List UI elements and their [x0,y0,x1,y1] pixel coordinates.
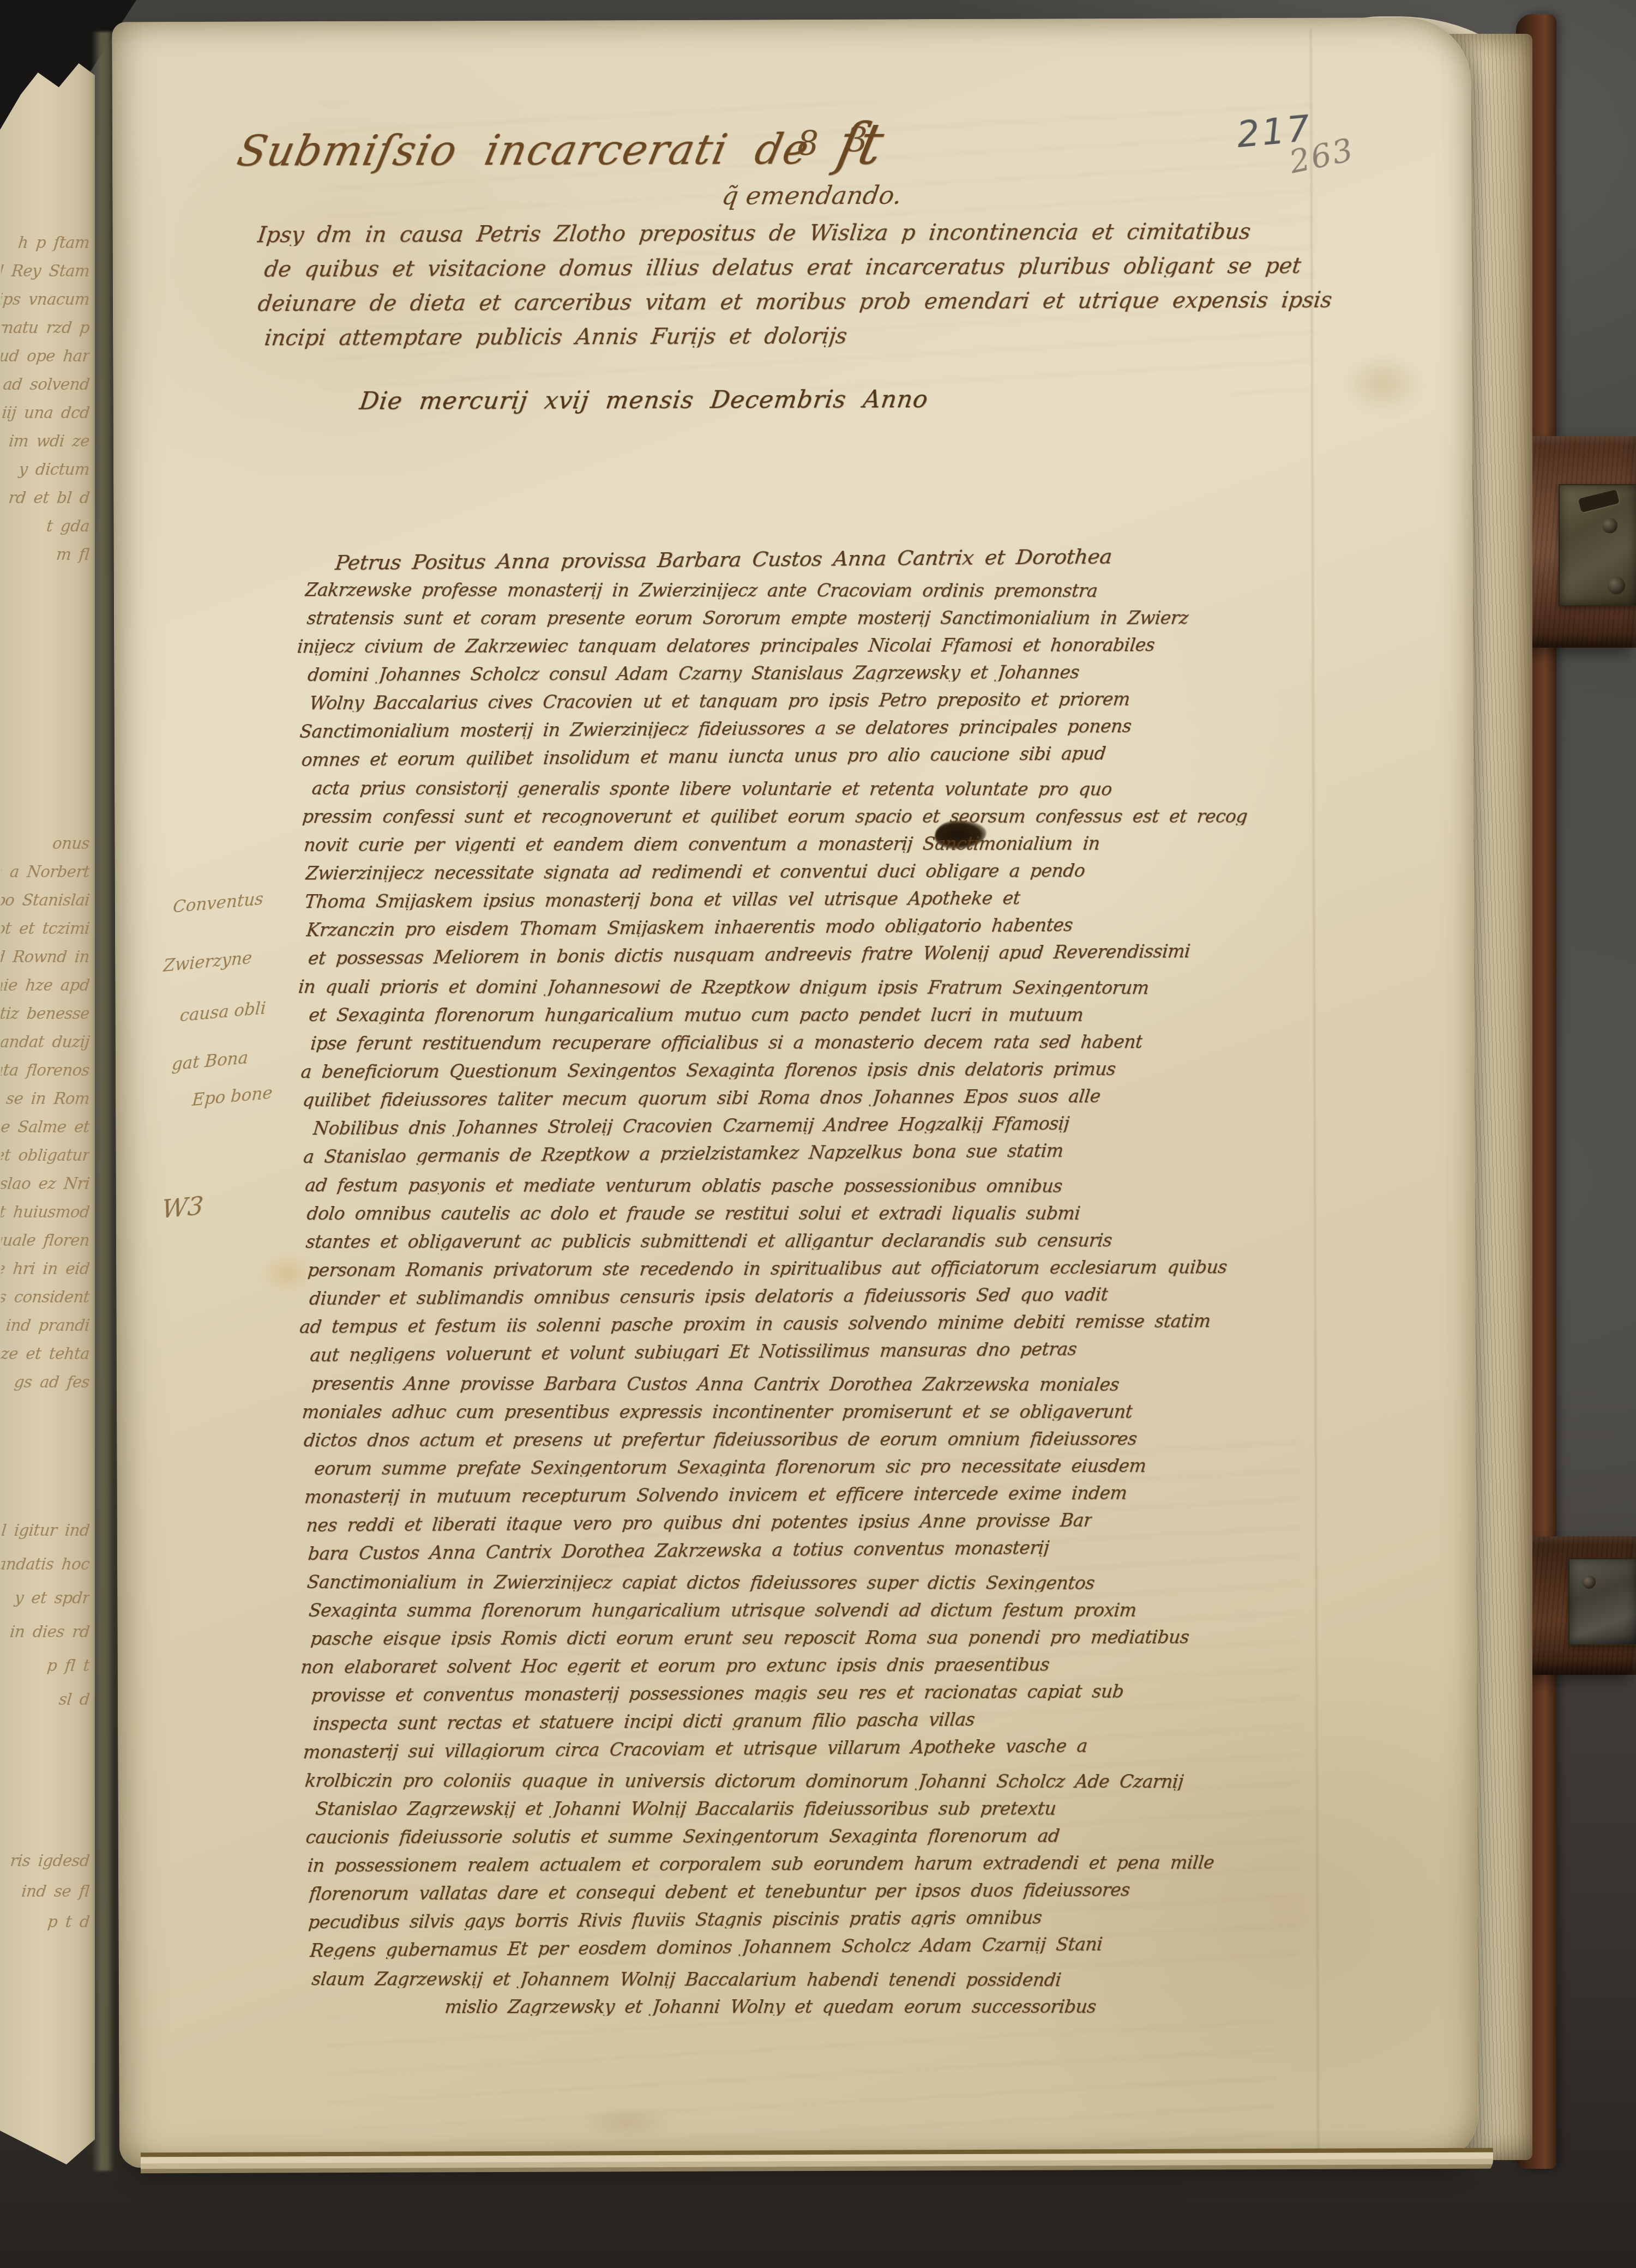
header-line: Ipsy dm in causa Petris Zlotho prepositu… [256,221,1252,246]
manuscript-text-line: caucionis fideiussorie solutis et summe … [305,1826,1060,1846]
manuscript-text-line: aut negligens voluerunt et volunt subiug… [309,1340,1078,1365]
manuscript-text-line: mislio Zagrzewsky et Johanni Wolny et qu… [444,1998,1097,2016]
manuscript-text-line: a beneficiorum Questionum Sexingentos Se… [300,1060,1116,1081]
manuscript-text-line: in quali prioris et domini Johannesowi d… [298,978,1150,997]
clasp-rivet [1602,518,1617,533]
marginal-symbol-8: 8 [797,126,819,160]
facing-page-line-fragment: h p ſtam [0,234,90,252]
facing-page-line-fragment: Stanislao ez Nri [0,1175,90,1193]
manuscript-text-line: pasche eisque ipsis Romis dicti eorum er… [310,1628,1190,1648]
manuscript-text-line: Thoma Smijaskem ipsius monasterij bona e… [304,889,1021,910]
title-text: Submiſsio incarcerati de [233,125,814,176]
margin-note: gat Bona [171,1049,249,1073]
facing-page-line-fragment: ze et tehta [0,1346,90,1363]
marginal-symbol-3: 3 [846,123,868,157]
margin-note: Conventus [172,891,264,916]
facing-page-line-fragment: ind se fl [0,1883,90,1901]
manuscript-text-line: non elaboraret solvent Hoc egerit et eor… [300,1655,1050,1676]
facing-page-line-fragment: ro ips vnacum [0,291,90,309]
manuscript-text-line: krolbiczin pro coloniis quaque in univer… [304,1771,1184,1790]
header-line: incipi attemptare publicis Annis Furijs … [263,325,849,349]
facing-page-line-fragment: dud Rey Stam [0,263,90,280]
facing-page-edge: h p ſtamdud Rey Stamro ips vnacumqua orn… [0,43,95,2185]
facing-page-line-fragment: qua ornatu rzd p [0,319,90,337]
manuscript-text-line: acta prius consistorij generalis sponte … [311,779,1112,798]
facing-page-line-fragment: mot et tczimi [0,920,90,938]
manuscript-page: Submiſsio incarcerati de ſt q̃ emendando… [112,17,1478,2168]
page-title-script: Submiſsio incarcerati de ſt [233,115,888,174]
metal-clasp-plate-bottom [1568,1558,1636,1645]
ink-bleedthrough [326,2013,1276,2158]
manuscript-text-line: eorum summe prefate Sexingentorum Sexagi… [314,1457,1147,1477]
facing-page-line-fragment: g im wdi ze [0,433,90,450]
facing-page-line-fragment: m fl [0,546,90,564]
facing-page-line-fragment: uta florenos [0,1062,90,1079]
manuscript-text-line: ad festum pasyonis et mediate venturum o… [304,1176,1063,1195]
manuscript-text-line: stratensis sunt et coram presente eorum … [306,609,1189,628]
facing-page-line-fragment: uius consident [0,1289,90,1306]
brass-clasp-plate-top [1559,484,1636,606]
manuscript-text-line: Nobilibus dnis Johannes Stroleij Cracovi… [312,1114,1070,1137]
facing-page-line-fragment: mandatis hoc [0,1556,90,1573]
manuscript-text-line: et Sexaginta florenorum hungaricalium mu… [308,1006,1084,1024]
manuscript-text-line: omnes et eorum quilibet insolidum et man… [300,744,1106,769]
margin-note: Zwierzyne [163,950,252,975]
facing-page-line-fragment: ipo Stanislai [0,892,90,909]
clasp-slot [1578,490,1620,513]
paper-stain [561,2101,691,2145]
manuscript-photo: { "document": { "kind": "Early-modern bo… [0,0,1636,2268]
facing-page-line-fragment: agrat huiusmod [0,1204,90,1221]
facing-page-line-fragment: rd et bl d [0,490,90,507]
facing-page-line-fragment: i mandat duzij [0,1034,90,1051]
facing-page-line-fragment: y dictum [0,461,90,479]
manuscript-text-line: Zwierzinijecz necessitate signata ad red… [305,861,1086,882]
manuscript-text-line: Zakrzewske professe monasterij in Zwierz… [304,581,1098,600]
manuscript-text-line: Krzanczin pro eisdem Thomam Smijaskem in… [305,916,1073,939]
manuscript-text-line: inijecz civium de Zakrzewiec tanquam del… [296,636,1156,655]
manuscript-text-line: slaum Zagrzewskij et Johannem Wolnij Bac… [311,1970,1062,1989]
facing-page-line-fragment: s et obligatur [0,1147,90,1165]
margin-note: Epo bone [191,1085,273,1109]
facing-page-line-fragment: onus [0,835,90,853]
manuscript-text-line: stantes et obligaverunt ac publicis subm… [305,1231,1112,1251]
manuscript-text-line: personam Romanis privatorum ste recedend… [306,1258,1228,1279]
manuscript-text-line: pressim confessi sunt et recognoverunt e… [301,807,1248,826]
clasp-rivet [1608,577,1625,594]
facing-page-line-fragment: sl d [0,1691,90,1709]
facing-page-line-fragment: gl igitur ind [0,1522,90,1540]
facing-page-line-fragment: y et spdr [0,1590,90,1607]
facing-page-line-fragment: ris igdesd [0,1853,90,1870]
header-line: de quibus et visitacione domus illius de… [263,255,1302,281]
facing-page-line-fragment: t iij una dcd [0,405,90,422]
facing-page-line-fragment: p fl t [0,1657,90,1675]
manuscript-text-line: Sanctimonialium in Zwierzinijecz capiat … [306,1573,1095,1592]
margin-note: causa obli [179,1000,267,1025]
manuscript-text-line: moniales adhuc cum presentibus expressis… [301,1403,1133,1421]
manuscript-text-line: domini Johannes Scholcz consul Adam Czar… [307,663,1080,684]
facing-page-line-fragment: p t d [0,1914,90,1931]
facing-page-line-fragment: ate a Norbert [0,864,90,881]
header-line: deiunare de dieta et carceribus vitam et… [257,289,1333,315]
margin-note: W3 [161,1193,204,1222]
clasp-rivet [1583,1576,1596,1589]
facing-page-line-fragment: este Salme et [0,1119,90,1136]
manuscript-text-line: Sanctimonialium mosterij in Zwierzinijec… [299,717,1132,740]
manuscript-text-line: dolo omnibus cautelis ac dolo et fraude … [306,1204,1081,1223]
manuscript-text-line: a Stanislao germanis de Rzeptkow a przie… [303,1142,1064,1166]
manuscript-text-line: et possessas Meliorem in bonis dictis nu… [308,942,1191,967]
facing-page-line-fragment: Rd ind prandi [0,1317,90,1335]
manuscript-text-line: ipse ferunt restituendum recuperare offi… [310,1033,1144,1052]
facing-page-line-fragment: ta ad solvend [0,376,90,394]
facing-page-line-fragment: dem se in Rom [0,1090,90,1108]
facing-page-line-fragment: er mie hze apd [0,977,90,994]
bottom-page-edges [141,2148,1493,2180]
manuscript-text-line: presentis Anne provisse Barbara Custos A… [311,1374,1120,1394]
facing-page-line-fragment: t gda [0,518,90,535]
manuscript-text-line: quilibet fideiussores taliter mecum quor… [302,1087,1101,1109]
date-heading: Die mercurij xvij mensis Decembris Anno [358,388,930,414]
facing-page-line-fragment: gs ad fes [0,1374,90,1391]
facing-page-line-fragment: s dud ope har [0,348,90,365]
facing-page-line-fragment: quale floren [0,1232,90,1250]
manuscript-text-line: dictos dnos actum et presens ut prefertu… [303,1429,1138,1449]
paper-stain [1328,342,1437,425]
facing-page-line-fragment: tee hri in eid [0,1260,90,1278]
manuscript-text-line: Stanislao Zagrzewskij et Johanni Wolnij … [315,1800,1057,1818]
manuscript-text-line: Petrus Positus Anna provissa Barbara Cus… [334,546,1113,573]
manuscript-text-line: Sexaginta summa florenorum hungaricalium… [308,1601,1138,1620]
title-continuation: q̃ emendando. [720,183,904,208]
facing-page-line-fragment: tud Rownd in [0,949,90,966]
manuscript-text-line: novit curie per vigenti et eandem diem c… [303,834,1101,854]
manuscript-text-line: ad tempus et festum iis solenni pasche p… [299,1312,1211,1336]
manuscript-text-line: Wolny Baccalarius cives Cracovien ut et … [309,690,1130,712]
manuscript-text-line: in possessionem realem actualem et corpo… [306,1853,1215,1874]
manuscript-text-line: diunder et sublimandis omnibus censuris … [309,1286,1109,1307]
facing-page-line-fragment: in dies rd [0,1624,90,1641]
facing-page-line-fragment: lstiz benesse [0,1005,90,1023]
